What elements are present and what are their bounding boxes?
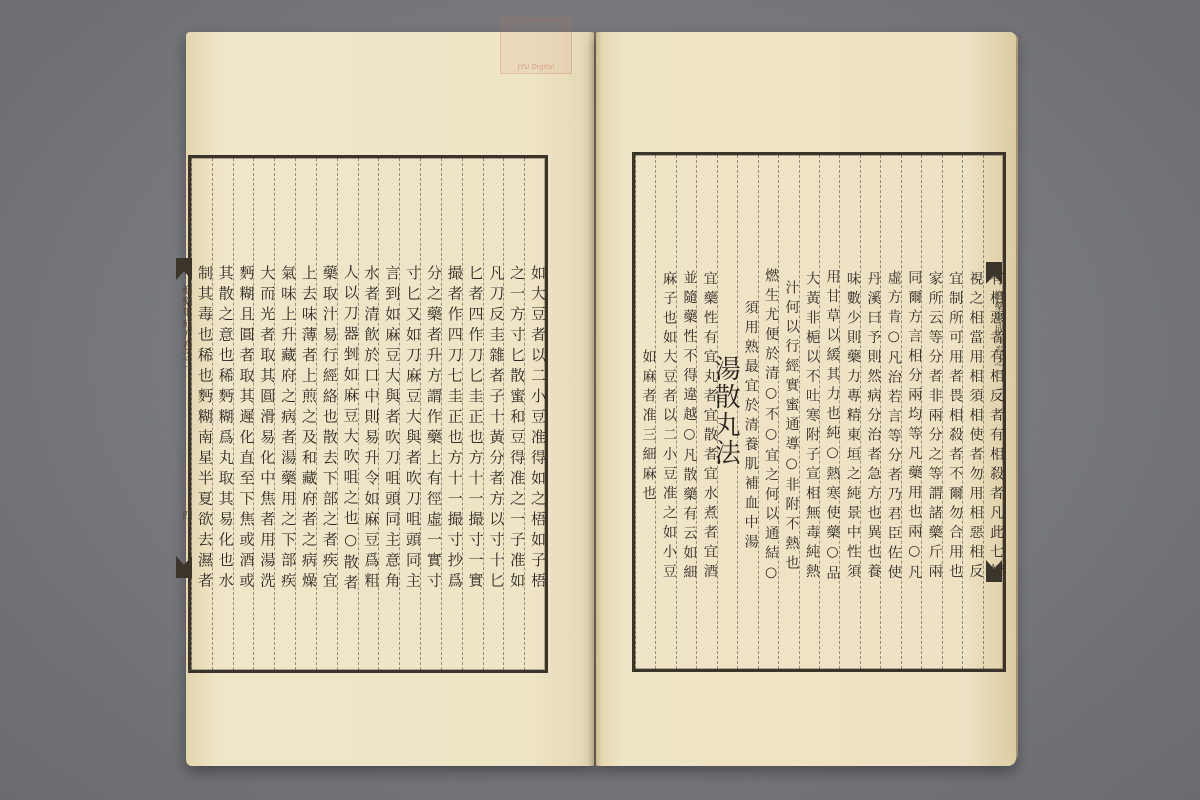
text-column: 宜制所可用者畏相殺者不爾勿合用也 (942, 155, 963, 669)
watermark-stamp: JYU Digital (500, 18, 572, 74)
text-column: 用甘草以緩其力也純○熱寒使藥○品 (819, 155, 840, 669)
text-column: 麪糊且圓者取其遲化直至下焦或酒或 (233, 158, 255, 670)
column-text: 視之相當用相須相使者勿用相惡相反 (963, 189, 983, 665)
text-column: 須用熟最宜於清養肌補血中湯 (737, 155, 758, 669)
text-column: 氣味上升藏府之病者湯藥用之下部疾 (274, 158, 296, 670)
column-text: 須用熟最宜於清養肌補血中湯 (738, 189, 758, 665)
text-column: 並隨藥性不得違越○凡散藥有云如細 (676, 155, 697, 669)
text-column: 分之藥者升方謂作藥上有徑虛一實寸 (420, 158, 442, 670)
watermark-text: JYU Digital (501, 63, 571, 71)
text-column: 寸匕又如刀麻豆大與者吹刀咀頭同主 (399, 158, 421, 670)
column-text: 宜制所可用者畏相殺者不爾勿合用也 (943, 189, 963, 665)
column-text: 燃生尤便於清○不○宜之何以通結○ (759, 189, 779, 665)
column-text: 同爾方言相分兩均等凡藥用也兩○凡 (902, 189, 922, 665)
column-text: 寸匕又如刀麻豆大與者吹刀咀頭同主 (400, 192, 421, 666)
fish-tail-mark-top-icon (176, 258, 192, 280)
text-column: 同爾方言相分兩均等凡藥用也兩○凡 (901, 155, 922, 669)
text-column: 如大豆者以二小豆准得如之梧如子梧 (524, 158, 546, 670)
column-text: 如大豆者以二小豆准得如之梧如子梧 (525, 192, 546, 666)
text-column: 味數少則藥力專精東垣之純景中性須 (839, 155, 860, 669)
column-text: 並隨藥性不得違越○凡散藥有云如細 (677, 189, 697, 665)
column-text: 制其毒也稀也麪糊南星半夏欲去濕者 (192, 192, 213, 666)
left-margin-label: 鄕藥集成方卷之一 (178, 285, 193, 435)
text-column: 燃生尤便於清○不○宜之何以通結○ (758, 155, 779, 669)
column-text: 之一方寸匕散蜜和豆得准之一子准如 (504, 192, 525, 666)
column-text: 撮者作四刀七圭正也方十一撮寸抄爲 (442, 192, 463, 666)
column-text: 用甘草以緩其力也純○熱寒使藥○品 (820, 189, 840, 665)
column-text: 麻子也如大豆者以二小豆准之如小豆 (656, 189, 676, 665)
column-text: 大黃非梔以不吐寒附子宣相無毒純熱 (800, 189, 820, 665)
column-text: 匕者四作刀匕圭正也方十一撮寸一實 (463, 192, 484, 666)
column-text: 味數少則藥力專精東垣之純景中性須 (840, 189, 860, 665)
text-column: 麻子也如大豆者以二小豆准之如小豆 (655, 155, 676, 669)
column-text: 丹溪曰予則然病分治者急方也異也養 (861, 189, 881, 665)
fish-tail-mark-bottom-icon (176, 556, 192, 578)
text-column: 之一方寸匕散蜜和豆得准之一子准如 (503, 158, 525, 670)
book-gutter (588, 32, 602, 766)
column-text: 言到如麻豆大與者吹刀咀頭同主意角 (379, 192, 400, 666)
text-column: 人以刀器剉如麻豆大吹咀之也○散者 (337, 158, 359, 670)
text-column: 凡刀反圭雜者子十黃分者方以寸十匕 (483, 158, 505, 670)
text-column: 水者清飮於口中則易升令如麻豆爲粗 (358, 158, 380, 670)
text-column: 如麻者准三細麻也 (635, 155, 656, 669)
column-text: 大而光者取其圓滑易化中焦者用湯洗 (254, 192, 275, 666)
column-text: 分之藥者升方謂作藥上有徑虛一實寸 (421, 192, 442, 666)
column-text: 其散之意也稀麪糊爲丸取其易化也水 (213, 192, 234, 666)
column-text: 水者清飮於口中則易升令如麻豆爲粗 (359, 192, 380, 666)
text-column: 虛方肯○凡治若言等分者乃君臣佐使 (880, 155, 901, 669)
text-column: 丹溪曰予則然病分治者急方也異也養 (860, 155, 881, 669)
column-text: 凡刀反圭雜者子十黃分者方以寸十匕 (484, 192, 505, 666)
open-book: JYU Digital 如大豆者以二小豆准得如之梧如子梧之一方寸匕散蜜和豆得准之… (0, 0, 1200, 800)
text-column: 匕者四作刀匕圭正也方十一撮寸一實 (462, 158, 484, 670)
column-text: 家所云等分者非兩分之等謂諸藥斤兩 (922, 189, 942, 665)
column-text: 汁何以行經實蜜通導○非附不熱也 (779, 189, 799, 665)
left-leaf-number: 四 (178, 510, 193, 521)
section-title: 湯散丸法 (718, 157, 738, 665)
text-column: 視之相當用相須相使者勿用相惡相反 (962, 155, 983, 669)
right-page-text-frame: 有相惡者有相反者有相殺者凡此七情視之相當用相須相使者勿用相惡相反宜制所可用者畏相… (632, 152, 1006, 672)
left-page-text-frame: 如大豆者以二小豆准得如之梧如子梧之一方寸匕散蜜和豆得准之一子准如凡刀反圭雜者子十… (188, 155, 548, 673)
section-title-column: 湯散丸法 (717, 155, 738, 669)
text-column: 汁何以行經實蜜通導○非附不熱也 (778, 155, 799, 669)
column-text: 宜藥性有宜丸者宜散者宜水煮者宜酒 (697, 189, 717, 665)
text-column: 言到如麻豆大與者吹刀咀頭同主意角 (378, 158, 400, 670)
text-column: 撮者作四刀七圭正也方十一撮寸抄爲 (441, 158, 463, 670)
right-margin-label: 鄕藥集成方卷之一 (990, 290, 1005, 440)
text-column: 大黃非梔以不吐寒附子宣相無毒純熱 (799, 155, 820, 669)
text-column: 上去味薄者上煎之及和藏府者之病燥 (295, 158, 317, 670)
text-column: 家所云等分者非兩分之等謂諸藥斤兩 (921, 155, 942, 669)
right-leaf-number: 三 (990, 525, 1005, 536)
text-column: 藥取汁易行經絡也散去下部之者疾宜 (316, 158, 338, 670)
column-text: 麪糊且圓者取其遲化直至下焦或酒或 (234, 192, 255, 666)
column-text: 人以刀器剉如麻豆大吹咀之也○散者 (338, 192, 359, 666)
text-column: 宜藥性有宜丸者宜散者宜水煮者宜酒 (696, 155, 717, 669)
column-text: 如麻者准三細麻也 (636, 189, 656, 665)
column-text: 藥取汁易行經絡也散去下部之者疾宜 (317, 192, 338, 666)
column-text: 氣味上升藏府之病者湯藥用之下部疾 (275, 192, 296, 666)
text-column: 大而光者取其圓滑易化中焦者用湯洗 (253, 158, 275, 670)
column-text: 虛方肯○凡治若言等分者乃君臣佐使 (881, 189, 901, 665)
column-text: 上去味薄者上煎之及和藏府者之病燥 (296, 192, 317, 666)
text-column: 制其毒也稀也麪糊南星半夏欲去濕者 (191, 158, 213, 670)
text-column: 其散之意也稀麪糊爲丸取其易化也水 (212, 158, 234, 670)
